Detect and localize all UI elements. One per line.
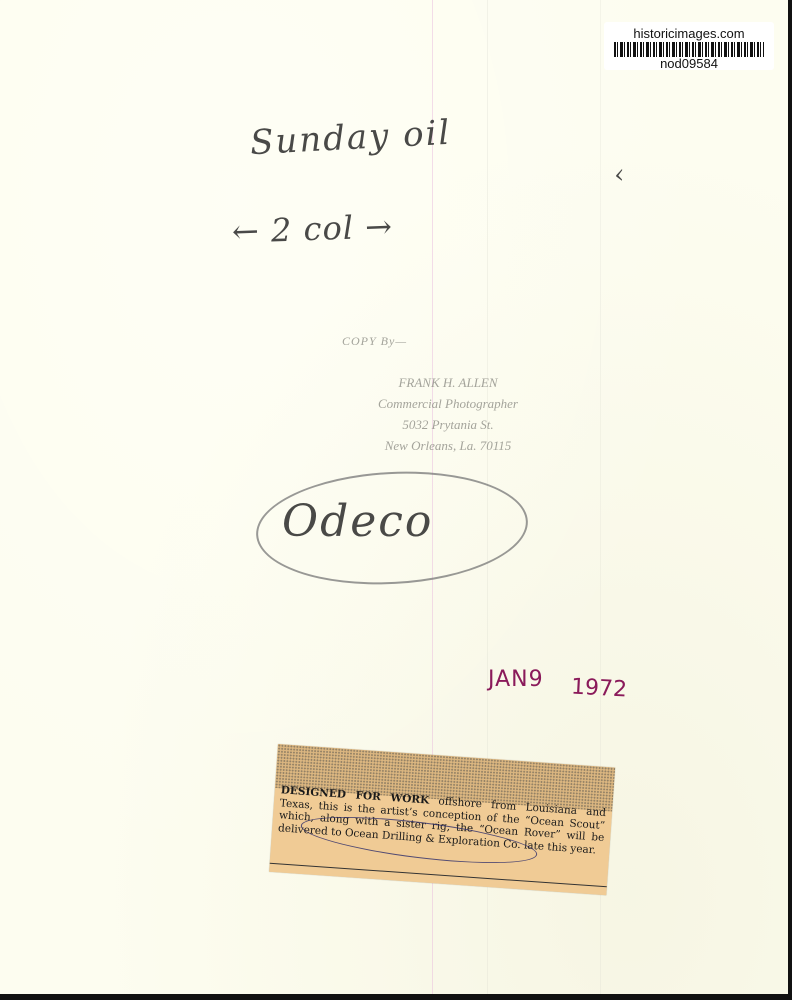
label-code: nod09584 (604, 57, 774, 71)
stamp-name: FRANK H. ALLEN (368, 372, 528, 393)
stamp-address-block: FRANK H. ALLEN Commercial Photographer 5… (368, 372, 528, 456)
handwritten-note-line2: ← 2 col → (231, 207, 393, 251)
scan-edge-right (788, 0, 792, 1000)
barcode-icon (614, 42, 764, 57)
date-stamp-year: 1972 (570, 675, 627, 703)
label-site: historicimages.com (604, 27, 774, 41)
handwritten-corner-mark: ‹ (611, 159, 626, 190)
handwritten-note-line1: Sunday oil (249, 113, 452, 163)
circled-name: Odeco (282, 496, 433, 547)
archive-barcode-label: historicimages.com nod09584 (604, 22, 774, 70)
stamp-city: New Orleans, La. 70115 (368, 435, 528, 456)
scan-edge-bottom (0, 994, 792, 1000)
stamp-title: Commercial Photographer (368, 393, 528, 414)
stamp-address: 5032 Prytania St. (368, 414, 528, 435)
date-stamp-month-day: JAN9 (488, 667, 544, 692)
photo-back-sheet: historicimages.com nod09584 Sunday oil ←… (0, 0, 788, 994)
stamp-copy-by: COPY By— (342, 334, 407, 349)
clipping-rule (270, 863, 607, 888)
